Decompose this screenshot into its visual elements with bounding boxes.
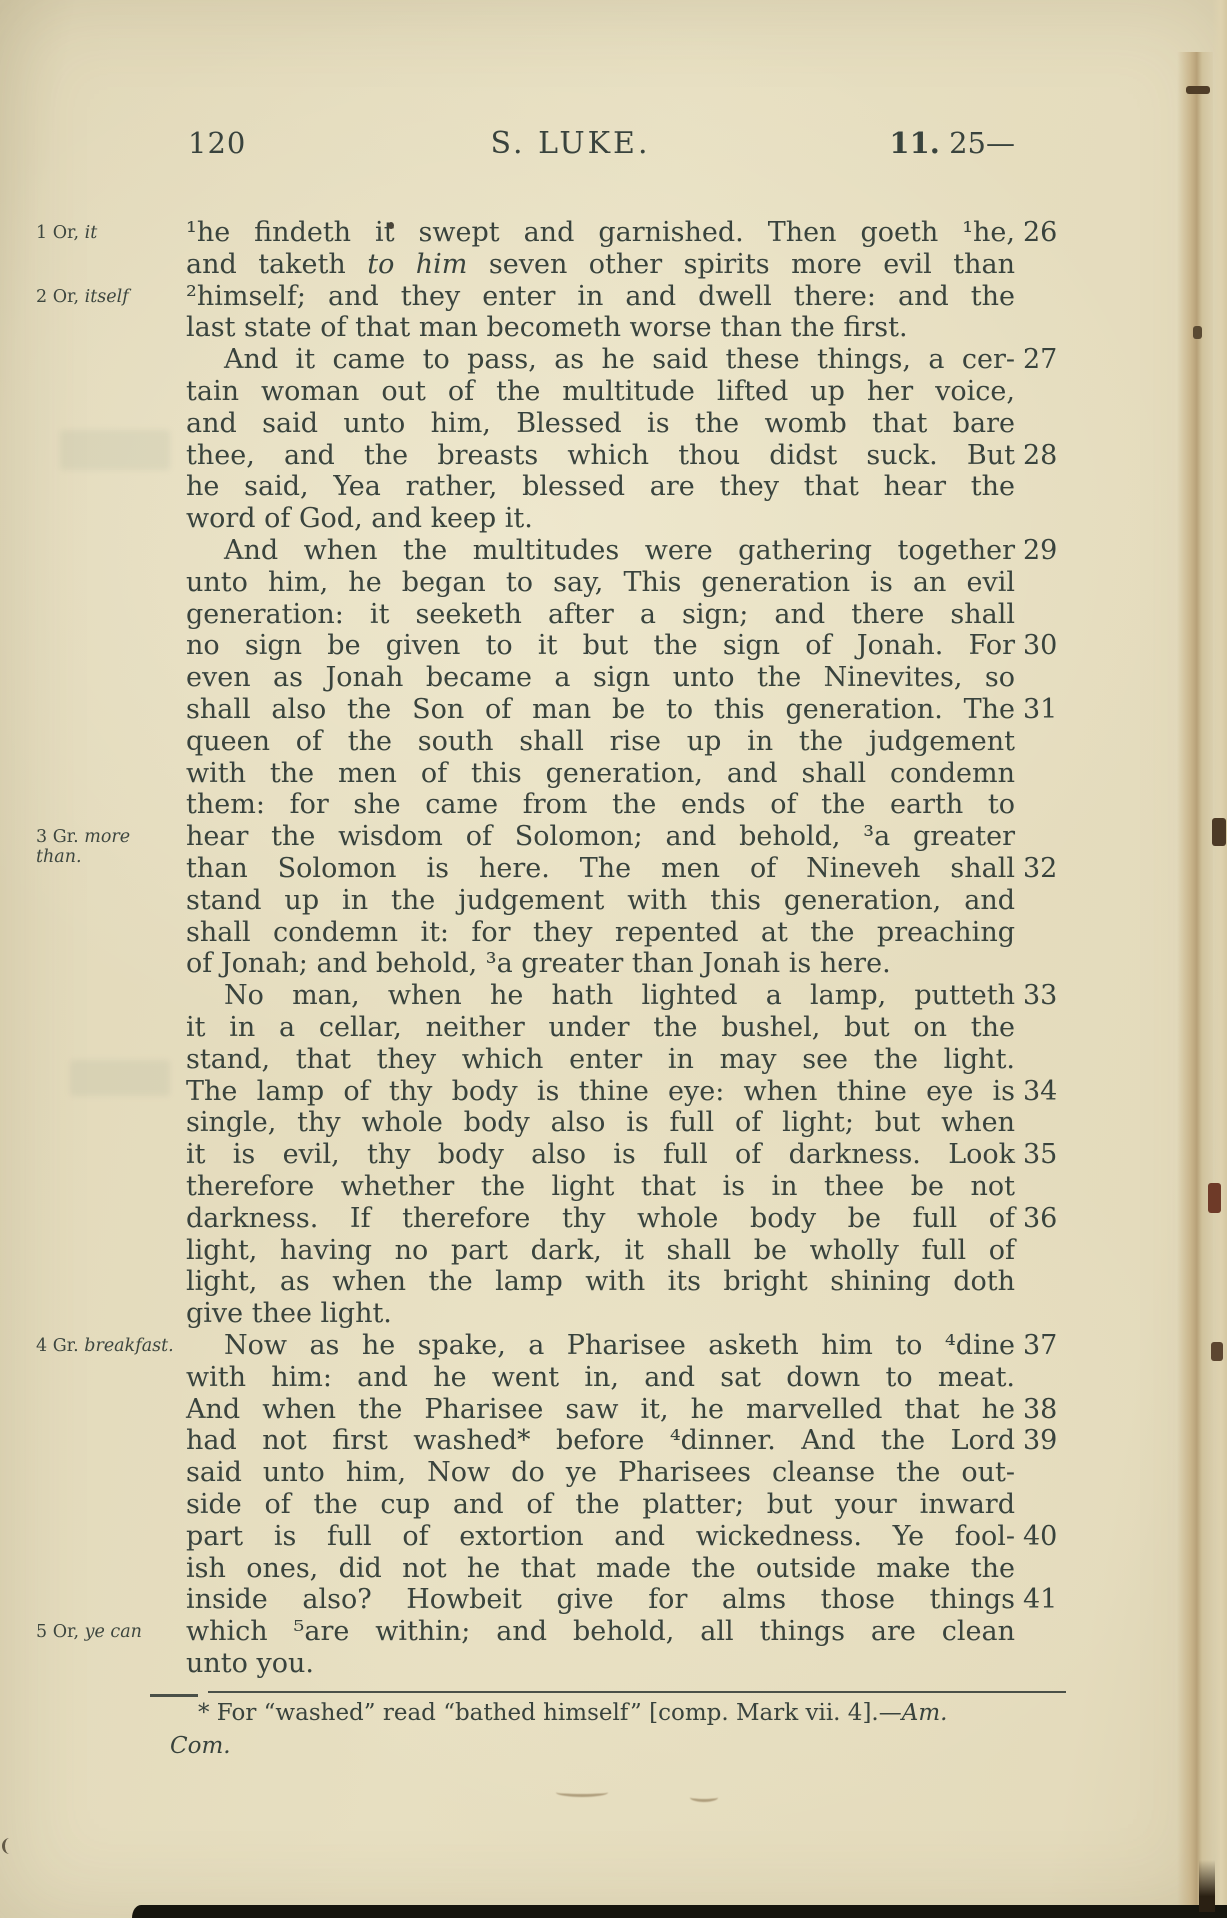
text-line: side of the cup and of the platter; but … bbox=[186, 1489, 1015, 1521]
margin-note: 5 Or, ye can bbox=[36, 1622, 181, 1642]
margin-note: 1 Or, it bbox=[36, 223, 181, 243]
text-line: And when the multitudes were gathering t… bbox=[186, 535, 1015, 567]
text-line: shall also the Son of man be to this gen… bbox=[186, 694, 1015, 726]
verse-number: 32 bbox=[1023, 853, 1069, 885]
verse-number: 38 bbox=[1023, 1394, 1069, 1426]
verse-number: 37 bbox=[1023, 1330, 1069, 1362]
text-line: he said, Yea rather, blessed are they th… bbox=[186, 471, 1015, 503]
chapter-number: 11. bbox=[889, 126, 939, 160]
text-line: No man, when he hath lighted a lamp, put… bbox=[186, 980, 1015, 1012]
text-line: The lamp of thy body is thine eye: when … bbox=[186, 1076, 1015, 1108]
bleedthrough-ghost bbox=[70, 1060, 170, 1096]
text-line: hear the wisdom of Solomon; and behold, … bbox=[186, 821, 1015, 853]
text-line: inside also? Howbeit give for alms those… bbox=[186, 1584, 1015, 1616]
text-line: And it came to pass, as he said these th… bbox=[186, 344, 1015, 376]
text-line: them: for she came from the ends of the … bbox=[186, 789, 1015, 821]
text-line: had not first washed* before ⁴dinner. An… bbox=[186, 1425, 1015, 1457]
verse-number: 27 bbox=[1023, 344, 1069, 376]
text-line: of Jonah; and behold, ³a greater than Jo… bbox=[186, 948, 1015, 980]
verse-number: 34 bbox=[1023, 1076, 1069, 1108]
scan-corner-shadow bbox=[1199, 1860, 1215, 1912]
page-edge-outer bbox=[1212, 0, 1227, 1918]
text-line: and said unto him, Blessed is the womb t… bbox=[186, 408, 1015, 440]
text-line: darkness. If therefore thy whole body be… bbox=[186, 1203, 1015, 1235]
text-line: ²himself; and they enter in and dwell th… bbox=[186, 281, 1015, 313]
text-line: generation: it seeketh after a sign; and… bbox=[186, 599, 1015, 631]
text-line: queen of the south shall rise up in the … bbox=[186, 726, 1015, 758]
verse-number: 41 bbox=[1023, 1584, 1069, 1616]
text-line: it in a cellar, neither under the bushel… bbox=[186, 1012, 1015, 1044]
pencil-smudge bbox=[556, 1788, 608, 1797]
margin-note: 4 Gr. breakfast. bbox=[36, 1336, 181, 1356]
text-line: Now as he spake, a Pharisee asketh him t… bbox=[186, 1330, 1015, 1362]
page-edge-mark bbox=[1208, 1183, 1221, 1213]
verse-number: 40 bbox=[1023, 1521, 1069, 1553]
text-line: ish ones, did not he that made the outsi… bbox=[186, 1553, 1015, 1585]
scanned-book-page: 120 S. LUKE. 11. 25— ¹he findeth it swep… bbox=[0, 0, 1227, 1918]
page-edge-mark bbox=[1186, 86, 1210, 94]
footnote-line-1: * For “washed” read “bathed himself” [co… bbox=[170, 1697, 1070, 1730]
page-edge-mark bbox=[1211, 1342, 1223, 1361]
page-edge-mark bbox=[1193, 326, 1202, 339]
text-line: than Solomon is here. The men of Nineveh… bbox=[186, 853, 1015, 885]
footnote-rule-long bbox=[208, 1691, 1066, 1693]
verse-number: 36 bbox=[1023, 1203, 1069, 1235]
text-line: said unto him, Now do ye Pharisees clean… bbox=[186, 1457, 1015, 1489]
footnote: * For “washed” read “bathed himself” [co… bbox=[170, 1697, 1070, 1763]
text-line: stand up in the judgement with this gene… bbox=[186, 885, 1015, 917]
text-line: even as Jonah became a sign unto the Nin… bbox=[186, 662, 1015, 694]
scan-bottom-edge bbox=[132, 1905, 1227, 1918]
text-line: tain woman out of the multitude lifted u… bbox=[186, 376, 1015, 408]
verse-number: 39 bbox=[1023, 1425, 1069, 1457]
verse-number: 28 bbox=[1023, 440, 1069, 472]
verse-number: 33 bbox=[1023, 980, 1069, 1012]
verse-number: 30 bbox=[1023, 630, 1069, 662]
page-edge-mark bbox=[1212, 818, 1226, 846]
page-header: 120 S. LUKE. 11. 25— bbox=[186, 126, 1015, 166]
text-line: and taketh to him seven other spirits mo… bbox=[186, 249, 1015, 281]
text-line: with the men of this generation, and sha… bbox=[186, 758, 1015, 790]
text-line: no sign be given to it but the sign of J… bbox=[186, 630, 1015, 662]
bleedthrough-ghost bbox=[60, 430, 170, 470]
text-line: stand, that they which enter in may see … bbox=[186, 1044, 1015, 1076]
text-line: And when the Pharisee saw it, he marvell… bbox=[186, 1394, 1015, 1426]
margin-note: 3 Gr. more than. bbox=[36, 827, 181, 867]
text-line: part is full of extortion and wickedness… bbox=[186, 1521, 1015, 1553]
verse-number: 29 bbox=[1023, 535, 1069, 567]
ink-fleck bbox=[388, 222, 394, 229]
chapter-verse-reference: 11. 25— bbox=[889, 126, 1015, 160]
text-line: light, as when the lamp with its bright … bbox=[186, 1266, 1015, 1298]
verse-number: 35 bbox=[1023, 1139, 1069, 1171]
text-line: ¹he findeth it swept and garnished. Then… bbox=[186, 217, 1015, 249]
margin-note: 2 Or, itself bbox=[36, 287, 181, 307]
text-line: light, having no part dark, it shall be … bbox=[186, 1235, 1015, 1267]
pencil-smudge bbox=[690, 1793, 718, 1802]
text-line: word of God, and keep it. bbox=[186, 503, 1015, 535]
text-line: unto you. bbox=[186, 1648, 1015, 1680]
text-line: which ⁵are within; and behold, all thing… bbox=[186, 1616, 1015, 1648]
margin-stray-mark bbox=[2, 1838, 17, 1854]
text-line: with him: and he went in, and sat down t… bbox=[186, 1362, 1015, 1394]
book-title: S. LUKE. bbox=[186, 126, 955, 161]
verse-range: 25— bbox=[940, 126, 1015, 160]
text-line: shall condemn it: for they repented at t… bbox=[186, 917, 1015, 949]
verse-number: 31 bbox=[1023, 694, 1069, 726]
text-line: last state of that man becometh worse th… bbox=[186, 312, 1015, 344]
verse-number: 26 bbox=[1023, 217, 1069, 249]
footnote-line-2: Com. bbox=[170, 1730, 1070, 1763]
text-line: therefore whether the light that is in t… bbox=[186, 1171, 1015, 1203]
text-line: unto him, he began to say, This generati… bbox=[186, 567, 1015, 599]
text-line: thee, and the breasts which thou didst s… bbox=[186, 440, 1015, 472]
text-line: give thee light. bbox=[186, 1298, 1015, 1330]
text-line: single, thy whole body also is full of l… bbox=[186, 1107, 1015, 1139]
text-line: it is evil, thy body also is full of dar… bbox=[186, 1139, 1015, 1171]
